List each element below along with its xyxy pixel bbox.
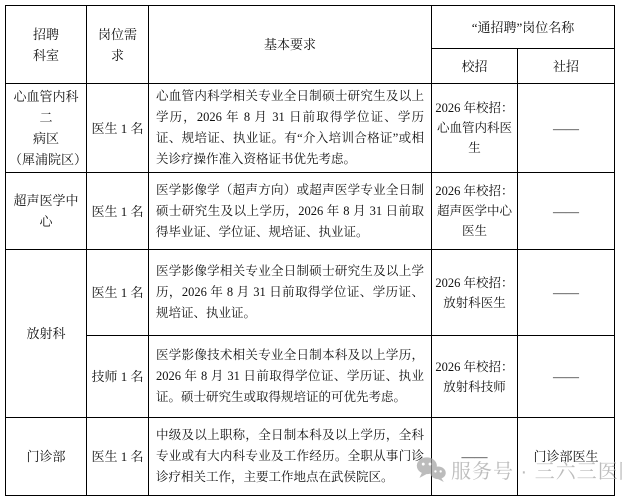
cell-social: —— [518,250,615,336]
table-header-row-1: 招聘 科室 岗位需 求 基本要求 “通招聘”岗位名称 [6,6,615,49]
cell-department: 门诊部 [6,418,87,496]
cell-campus: 2026 年校招： 超声医学中心医生 [432,173,518,250]
cell-department: 放射科 [6,250,87,418]
cell-position: 医生 1 名 [87,173,149,250]
recruitment-table: 招聘 科室 岗位需 求 基本要求 “通招聘”岗位名称 校招 社招 心血管内科二 … [5,5,615,496]
cell-requirements: 医学影像学相关专业全日制硕士研究生及以上学历，2026 年 8 月 31 日前取… [149,250,432,336]
cell-department: 心血管内科二 病区 （犀浦院区） [6,84,87,173]
header-department: 招聘 科室 [6,6,87,84]
cell-department: 超声医学中心 [6,173,87,250]
table-row: 技师 1 名 医学影像技术相关专业全日制本科及以上学历，2026 年 8 月 3… [6,336,615,418]
header-campus: 校招 [432,49,518,84]
recruitment-notice-page: 招聘 科室 岗位需 求 基本要求 “通招聘”岗位名称 校招 社招 心血管内科二 … [0,0,622,496]
cell-campus: 2026 年校招： 心血管内科医生 [432,84,518,173]
cell-requirements: 心血管内科学相关专业全日制硕士研究生及以上学历，2026 年 8 月 31 日前… [149,84,432,173]
cell-requirements: 中级及以上职称，全日制本科及以上学历，全科专业或有大内科专业及工作经历。全职从事… [149,418,432,496]
cell-campus: 2026 年校招： 放射科技师 [432,336,518,418]
cell-requirements: 医学影像学（超声方向）或超声医学专业全日制硕士研究生及以上学历，2026 年 8… [149,173,432,250]
cell-position: 技师 1 名 [87,336,149,418]
cell-social: —— [518,84,615,173]
cell-campus: 2026 年校招： 放射科医生 [432,250,518,336]
table-row: 门诊部 医生 1 名 中级及以上职称，全日制本科及以上学历，全科专业或有大内科专… [6,418,615,496]
cell-social: —— [518,173,615,250]
cell-position: 医生 1 名 [87,250,149,336]
header-position: 岗位需 求 [87,6,149,84]
table-row: 放射科 医生 1 名 医学影像学相关专业全日制硕士研究生及以上学历，2026 年… [6,250,615,336]
header-tongzhaopin: “通招聘”岗位名称 [432,6,615,49]
cell-requirements: 医学影像技术相关专业全日制本科及以上学历，2026 年 8 月 31 日前取得学… [149,336,432,418]
header-social: 社招 [518,49,615,84]
cell-position: 医生 1 名 [87,84,149,173]
cell-position: 医生 1 名 [87,418,149,496]
cell-campus: —— [432,418,518,496]
table-row: 心血管内科二 病区 （犀浦院区） 医生 1 名 心血管内科学相关专业全日制硕士研… [6,84,615,173]
table-row: 超声医学中心 医生 1 名 医学影像学（超声方向）或超声医学专业全日制硕士研究生… [6,173,615,250]
cell-social: 门诊部医生 [518,418,615,496]
cell-social: —— [518,336,615,418]
header-requirements: 基本要求 [149,6,432,84]
